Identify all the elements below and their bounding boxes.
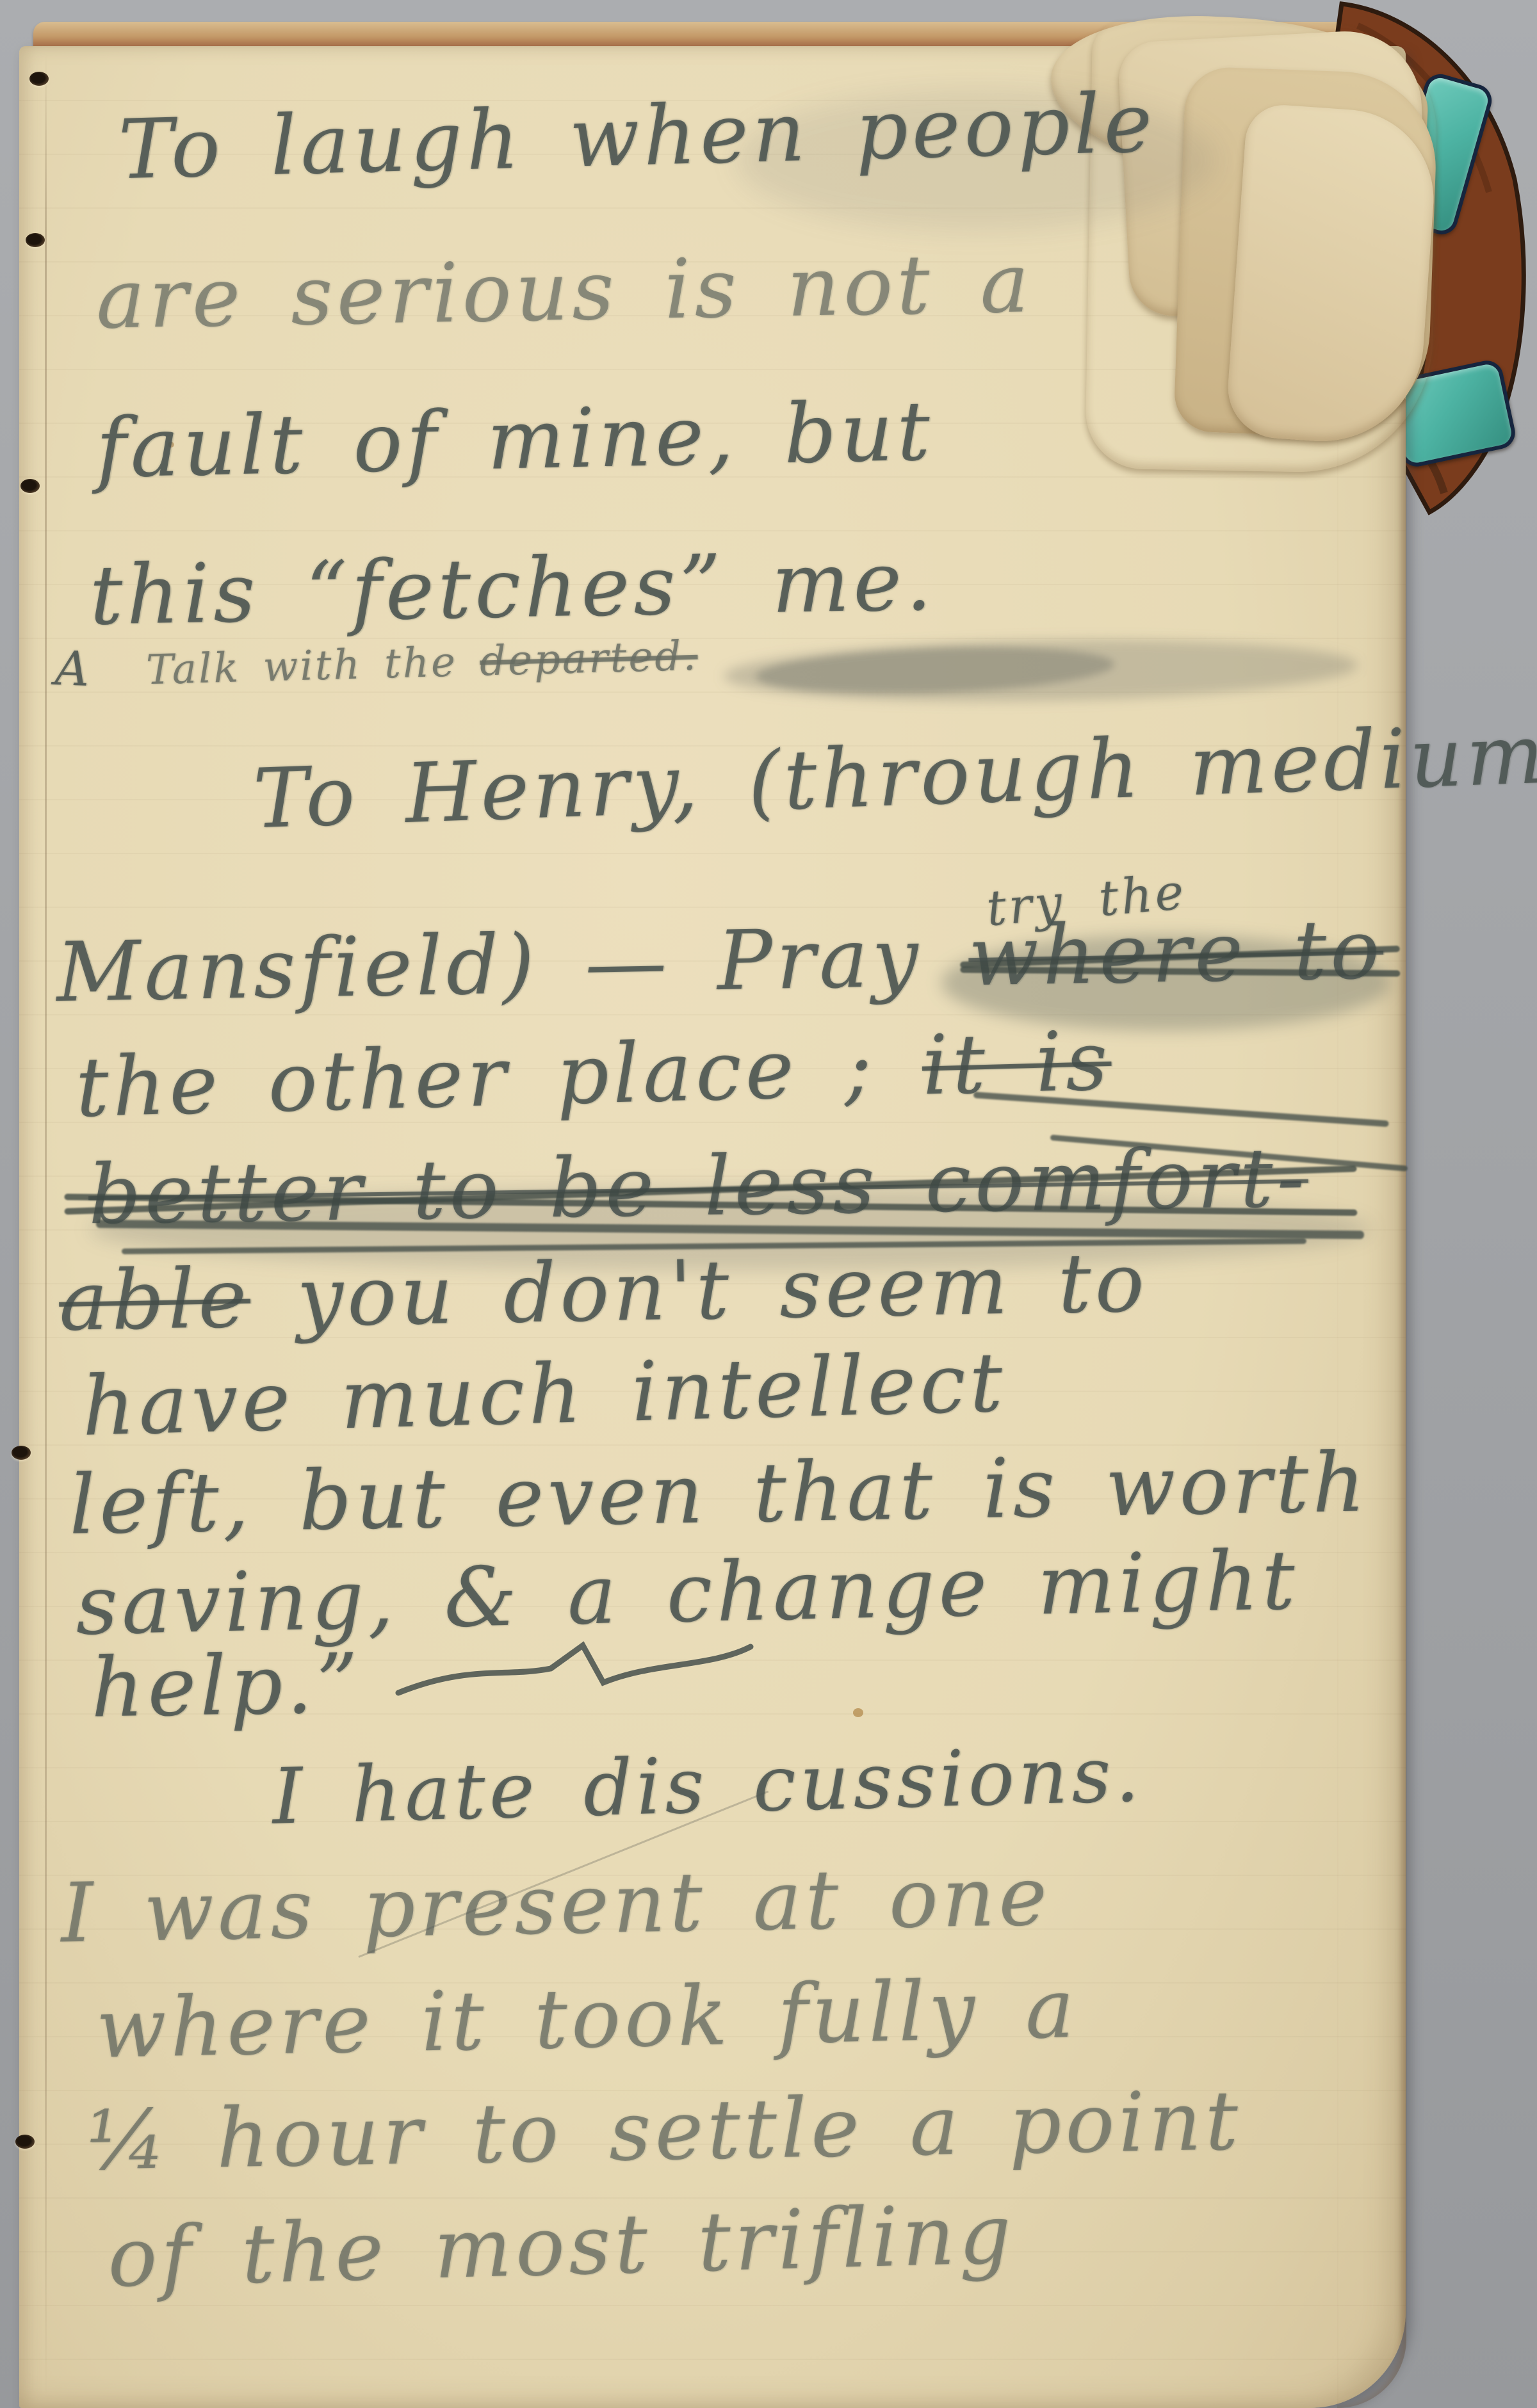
- divider-squiggle: [391, 1631, 762, 1708]
- handwritten-line: of the most trifling: [107, 2194, 1016, 2299]
- heading-struck-word: departed.: [479, 633, 698, 686]
- handwritten-line: left, but even that is worth: [69, 1442, 1370, 1546]
- stitch-hole: [29, 72, 49, 86]
- margin-letter: A: [54, 645, 94, 693]
- stacked-page-edges-right: [1337, 397, 1406, 2408]
- handwritten-line: fault of mine, but: [95, 391, 934, 490]
- stitch-hole: [20, 479, 40, 493]
- handwritten-line: help.”: [90, 1643, 362, 1729]
- handwritten-line: I was present at one: [60, 1856, 1052, 1955]
- paper-stain: [853, 1708, 863, 1717]
- handwritten-line: where it took fully a: [95, 1968, 1079, 2071]
- handwritten-line: I hate dis cussions.: [272, 1736, 1144, 1836]
- notebook-photo: To laugh when people are serious is not …: [0, 0, 1537, 2408]
- handwritten-line: have much intellect: [81, 1342, 1007, 1448]
- left-margin-crease: [45, 55, 47, 2398]
- heading-text: Talk with the: [145, 638, 480, 695]
- handwritten-line: this “fetches” me.: [89, 540, 936, 637]
- line-text: Mansfield) — Pray: [56, 909, 970, 1021]
- handwritten-line: are serious is not a: [95, 243, 1034, 341]
- stitch-hole: [15, 2135, 35, 2149]
- crossed-out-word: able: [58, 1251, 251, 1350]
- handwritten-line: Mansfield) — Pray where to: [56, 909, 1384, 1014]
- stitch-hole: [26, 233, 45, 247]
- handwritten-line: ¼ hour to settle a point: [86, 2080, 1242, 2182]
- scribbled-out-words: where to: [968, 902, 1384, 1005]
- handwritten-line: able you don't seem to: [58, 1242, 1149, 1343]
- stitch-hole: [12, 1446, 31, 1460]
- line-text: you don't seem to: [250, 1235, 1149, 1346]
